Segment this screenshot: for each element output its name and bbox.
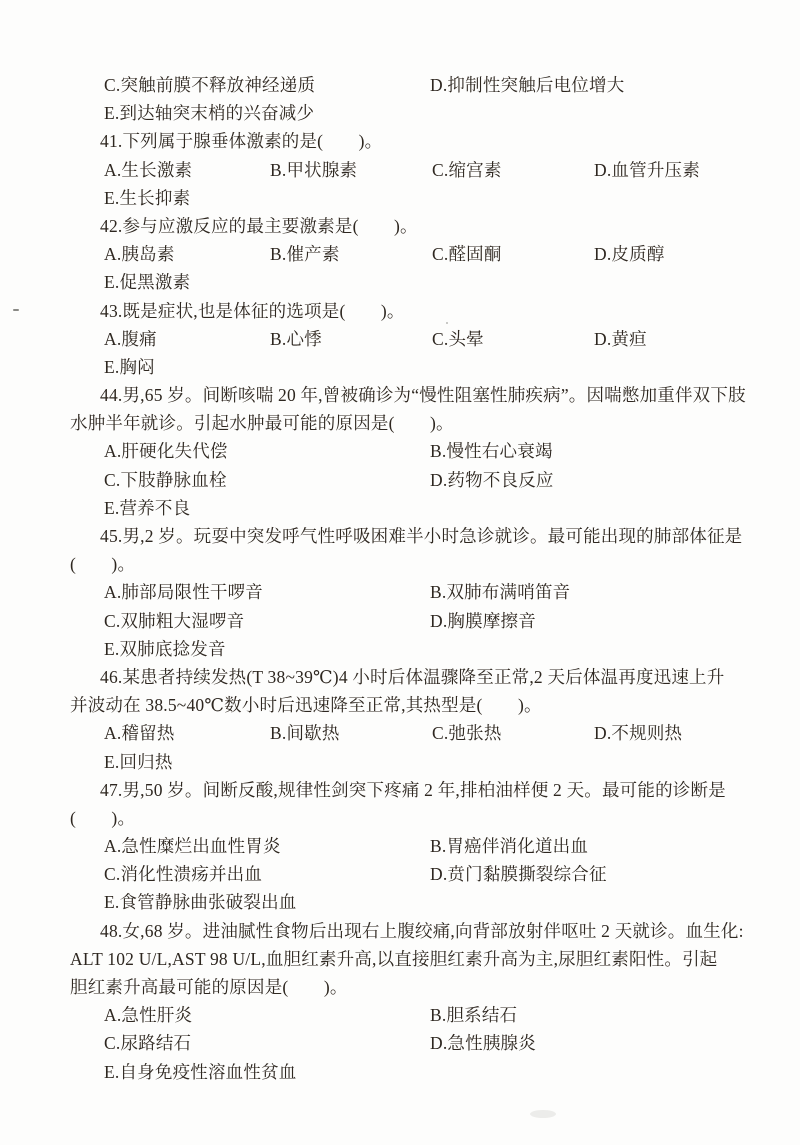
option-c: C.突触前膜不释放神经递质 [104,71,315,99]
option-a: A.肝硬化失代偿 [104,437,228,465]
option-e: E.营养不良 [104,494,190,522]
exam-text-block: C.突触前膜不释放神经递质 D.抑制性突触后电位增大 E.到达轴突末梢的兴奋减少… [0,71,800,1086]
question-stem: 48.女,68 岁。进油腻性食物后出现右上腹绞痛,向背部放射伴呕吐 2 天就诊。… [100,917,744,945]
options-line-q44-e: E.营养不良 [0,494,800,522]
option-a: A.稽留热 [104,719,175,747]
option-d: D.黄疸 [594,325,647,353]
option-c: C.头晕 [432,325,484,353]
options-line-q46-ad: A.稽留热 B.间歇热 C.弛张热 D.不规则热 [0,719,800,747]
question-line-q44-2: 水肿半年就诊。引起水肿最可能的原因是( )。 [0,409,800,437]
option-d: D.胸膜摩擦音 [430,607,536,635]
option-c: C.弛张热 [432,719,502,747]
option-d: D.抑制性突触后电位增大 [430,71,624,99]
option-c: C.尿路结石 [104,1029,191,1057]
option-b: B.慢性右心衰竭 [430,437,553,465]
question-line-q47-2: ( )。 [0,804,800,832]
question-line-q48-1: 48.女,68 岁。进油腻性食物后出现右上腹绞痛,向背部放射伴呕吐 2 天就诊。… [0,917,800,945]
options-line-q40-cd: C.突触前膜不释放神经递质 D.抑制性突触后电位增大 [0,71,800,99]
options-line-q46-e: E.回归热 [0,748,800,776]
option-c: C.双肺粗大湿啰音 [104,607,244,635]
option-d: D.急性胰腺炎 [430,1029,536,1057]
options-line-q44-ab: A.肝硬化失代偿 B.慢性右心衰竭 [0,437,800,465]
option-b: B.心悸 [270,325,322,353]
option-e: E.双肺底捻发音 [104,635,226,663]
question-stem: 46.某患者持续发热(T 38~39℃)4 小时后体温骤降至正常,2 天后体温再… [100,663,724,691]
options-line-q43-ad: A.腹痛 B.心悸 C.头晕 D.黄疸 [0,325,800,353]
option-a: A.腹痛 [104,325,157,353]
options-line-q42-ad: A.胰岛素 B.催产素 C.醛固酮 D.皮质醇 [0,240,800,268]
options-line-q45-e: E.双肺底捻发音 [0,635,800,663]
option-b: B.胃癌伴消化道出血 [430,832,588,860]
option-a: A.急性肝炎 [104,1001,192,1029]
option-e: E.食管静脉曲张破裂出血 [104,888,296,916]
question-stem-continuation: ALT 102 U/L,AST 98 U/L,血胆红素升高,以直接胆红素升高为主… [70,945,717,973]
option-d: D.不规则热 [594,719,682,747]
scanned-exam-page: C.突触前膜不释放神经递质 D.抑制性突触后电位增大 E.到达轴突末梢的兴奋减少… [0,0,800,1145]
question-line-q42: 42.参与应激反应的最主要激素是( )。 [0,212,800,240]
option-c: C.下肢静脉血栓 [104,466,227,494]
options-line-q47-ab: A.急性糜烂出血性胃炎 B.胃癌伴消化道出血 [0,832,800,860]
option-b: B.催产素 [270,240,340,268]
options-line-q45-ab: A.肺部局限性干啰音 B.双肺布满哨笛音 [0,578,800,606]
option-c: C.消化性溃疡并出血 [104,860,262,888]
question-line-q45-1: 45.男,2 岁。玩耍中突发呼气性呼吸困难半小时急诊就诊。最可能出现的肺部体征是 [0,522,800,550]
option-b: B.甲状腺素 [270,156,357,184]
option-c: C.醛固酮 [432,240,502,268]
question-line-q41: 41.下列属于腺垂体激素的是( )。 [0,127,800,155]
question-stem: 42.参与应激反应的最主要激素是( )。 [100,212,418,240]
option-d: D.贲门黏膜撕裂综合征 [430,860,607,888]
question-line-q46-2: 并波动在 38.5~40℃数小时后迅速降至正常,其热型是( )。 [0,691,800,719]
options-line-q41-e: E.生长抑素 [0,184,800,212]
question-stem-continuation: ( )。 [70,804,135,832]
question-line-q48-2: ALT 102 U/L,AST 98 U/L,血胆红素升高,以直接胆红素升高为主… [0,945,800,973]
options-line-q45-cd: C.双肺粗大湿啰音 D.胸膜摩擦音 [0,607,800,635]
question-line-q44-1: 44.男,65 岁。间断咳喘 20 年,曾被确诊为“慢性阻塞性肺疾病”。因喘憋加… [0,381,800,409]
options-line-q44-cd: C.下肢静脉血栓 D.药物不良反应 [0,466,800,494]
option-a: A.肺部局限性干啰音 [104,578,263,606]
option-b: B.双肺布满哨笛音 [430,578,570,606]
option-c: C.缩宫素 [432,156,502,184]
option-d: D.血管升压素 [594,156,700,184]
scan-speck [700,951,703,953]
option-e: E.胸闷 [104,353,155,381]
question-stem: 43.既是症状,也是体征的选项是( )。 [100,297,405,325]
option-e: E.生长抑素 [104,184,190,212]
question-stem: 44.男,65 岁。间断咳喘 20 年,曾被确诊为“慢性阻塞性肺疾病”。因喘憋加… [100,381,746,409]
scan-smudge [530,1110,556,1118]
option-a: A.胰岛素 [104,240,175,268]
scan-speck [446,322,448,324]
question-stem-continuation: 水肿半年就诊。引起水肿最可能的原因是( )。 [70,409,454,437]
option-e: E.自身免疫性溶血性贫血 [104,1058,296,1086]
option-b: B.间歇热 [270,719,340,747]
options-line-q40-e: E.到达轴突末梢的兴奋减少 [0,99,800,127]
options-line-q42-e: E.促黑激素 [0,268,800,296]
options-line-q47-e: E.食管静脉曲张破裂出血 [0,888,800,916]
options-line-q48-cd: C.尿路结石 D.急性胰腺炎 [0,1029,800,1057]
options-line-q43-e: E.胸闷 [0,353,800,381]
question-line-q47-1: 47.男,50 岁。间断反酸,规律性剑突下疼痛 2 年,排柏油样便 2 天。最可… [0,776,800,804]
option-e: E.促黑激素 [104,268,190,296]
question-line-q46-1: 46.某患者持续发热(T 38~39℃)4 小时后体温骤降至正常,2 天后体温再… [0,663,800,691]
question-line-q45-2: ( )。 [0,550,800,578]
option-a: A.急性糜烂出血性胃炎 [104,832,281,860]
option-d: D.皮质醇 [594,240,665,268]
options-line-q41-ad: A.生长激素 B.甲状腺素 C.缩宫素 D.血管升压素 [0,156,800,184]
option-e: E.回归热 [104,748,173,776]
options-line-q47-cd: C.消化性溃疡并出血 D.贲门黏膜撕裂综合征 [0,860,800,888]
question-stem-continuation: 胆红素升高最可能的原因是( )。 [70,973,348,1001]
question-stem-continuation: 并波动在 38.5~40℃数小时后迅速降至正常,其热型是( )。 [70,691,542,719]
question-stem: 45.男,2 岁。玩耍中突发呼气性呼吸困难半小时急诊就诊。最可能出现的肺部体征是 [100,522,742,550]
options-line-q48-e: E.自身免疫性溶血性贫血 [0,1058,800,1086]
question-line-q43: 43.既是症状,也是体征的选项是( )。 [0,297,800,325]
option-d: D.药物不良反应 [430,466,554,494]
option-a: A.生长激素 [104,156,192,184]
option-b: B.胆系结石 [430,1001,517,1029]
option-e: E.到达轴突末梢的兴奋减少 [104,99,314,127]
scan-speck [13,309,19,311]
question-stem-continuation: ( )。 [70,550,135,578]
question-line-q48-3: 胆红素升高最可能的原因是( )。 [0,973,800,1001]
question-stem: 47.男,50 岁。间断反酸,规律性剑突下疼痛 2 年,排柏油样便 2 天。最可… [100,776,726,804]
options-line-q48-ab: A.急性肝炎 B.胆系结石 [0,1001,800,1029]
question-stem: 41.下列属于腺垂体激素的是( )。 [100,127,382,155]
